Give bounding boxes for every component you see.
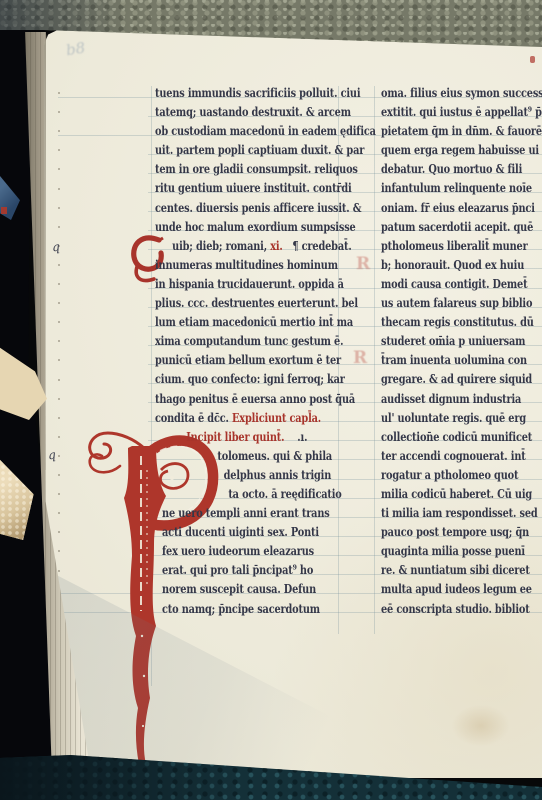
manuscript-line: uib; dieb; romani, xi. ¶ credebat̄. (155, 236, 376, 255)
ink-text: eē conscripta studio. bibliot (381, 601, 530, 616)
ink-text: collection̄e codicū munificet (381, 429, 532, 444)
ink-text: audisset dignum industria (381, 391, 521, 406)
manuscript-line: norem suscepit causa. Defun (155, 579, 376, 598)
manuscript-line: condita ē dc̄c. Expliciunt capl̄a. (155, 408, 376, 427)
rubric-text: Incipit liber quint̄. (186, 429, 284, 444)
manuscript-line: modi causa contigit. Demet̄ (381, 274, 542, 293)
manuscript-line: ter accendi cognouerat. int̄ (381, 446, 542, 465)
manuscript-line: Incipit liber quint̄. .ı. (155, 427, 376, 446)
pricking-dot (58, 512, 60, 514)
text-column-left: tuens immundis sacrificiis polluit. ciui… (155, 83, 376, 618)
ink-text: studeret om̄ia p uniuersam (381, 333, 525, 348)
ink-text: re. & nuntiatum sibi diceret (381, 562, 530, 577)
text-column-right: oma. filius eius symon successoextitit. … (381, 83, 542, 618)
manuscript-line: erat. qui pro tali p̄ncipat⁹ ho (155, 560, 376, 579)
ink-text: tem in ore gladii consumpsit. reliquos (155, 161, 358, 176)
ink-text: delphus annis trigin (224, 467, 332, 482)
pricking-dot (58, 130, 60, 132)
ink-text: tatemq; uastando destruxit. & arcem (155, 104, 351, 119)
pricking-dot (58, 149, 60, 151)
ink-text: ta octo. ā reędificatio (228, 486, 341, 501)
ink-text: xima computandum tunc gestum ē. (155, 333, 343, 348)
pricking-dot (58, 188, 60, 190)
manuscript-line: quaginta milia posse puenī (381, 541, 542, 560)
ink-text: in hispania trucidauerunt. oppida ā (155, 276, 344, 291)
manuscript-line: oma. filius eius symon successo (381, 83, 542, 102)
manuscript-line: cto namq; p̄ncipe sacerdotum (155, 599, 376, 618)
ink-text: ¶ credebat̄. (283, 238, 352, 253)
manuscript-line: infantulum relinquente noīe (381, 178, 542, 197)
manuscript-line: t̄ram inuenta uolumina con (381, 350, 542, 369)
manuscript-line: innumeras multitudines hominum (155, 255, 376, 274)
pricking-dot (58, 417, 60, 419)
manuscript-line: patum sacerdotii acepit. quē (381, 217, 542, 236)
pricking-dot (58, 570, 60, 572)
manuscript-line: ne uero templi anni erant trans (155, 503, 376, 522)
manuscript-line: xima computandum tunc gestum ē. (155, 331, 376, 350)
manuscript-line: punicū etiam bellum exortum ē ter (155, 350, 376, 369)
parchment-page: b8 q q R R (44, 30, 542, 778)
ink-text: cto namq; p̄ncipe sacerdotum (162, 601, 320, 616)
ink-text: thago penitus ē euersa anno post q̄uā (155, 391, 355, 406)
manuscript-line: oniam. fr̄ eius eleazarus p̄nci (381, 198, 542, 217)
manuscript-line: ob custodiam macedonū in eadem ędifica (155, 121, 376, 140)
manuscript-line: fex uero iudeorum eleazarus (155, 541, 376, 560)
pricking-dot (58, 226, 60, 228)
ink-text: erat. qui pro tali p̄ncipat⁹ ho (162, 562, 313, 577)
ink-text: modi causa contigit. Demet̄ (381, 276, 527, 291)
manuscript-line: pietatem q̄m in dn̄m. & fauorē (381, 121, 542, 140)
ink-text: pauco post tempore usq; q̄n (381, 524, 529, 539)
ink-text: cium. quo confecto: igni ferroq; kar (155, 371, 345, 386)
quire-mark-upper: q (51, 240, 60, 255)
manuscript-line: in hispania trucidauerunt. oppida ā (155, 274, 376, 293)
pricking-dot (58, 359, 60, 361)
ink-text: tolomeus. qui & phila (217, 448, 332, 463)
pricking-dot (58, 321, 60, 323)
pricking-dot (58, 340, 60, 342)
ink-text: ul' uoluntate regis. quē erg (381, 410, 526, 425)
pricking-dot (58, 379, 60, 381)
pricking-dot (58, 531, 60, 533)
manuscript-line: debatur. Quo mortuo & fili (381, 159, 542, 178)
ink-text: ter accendi cognouerat. int̄ (381, 448, 526, 463)
ink-text: ritu gentium uiuere instituit. contr̄di (155, 180, 352, 195)
ink-text: acti ducenti uiginti sex. Ponti (162, 524, 319, 539)
ink-text: rogatur a ptholomeo quot (381, 467, 518, 482)
ink-text: innumeras multitudines hominum (155, 257, 338, 272)
ink-text: norem suscepit causa. Defun (162, 581, 316, 596)
pricking-dot (58, 436, 60, 438)
pricking-dot (58, 493, 60, 495)
ink-text: uib; dieb; romani, (172, 238, 270, 253)
ink-text: multa apud iudeos legum ee (381, 581, 532, 596)
pricking-dot (58, 550, 60, 552)
ink-text: milia codicū haberet. Cū uig (381, 486, 532, 501)
pricking-dot (58, 207, 60, 209)
manuscript-line: lum etiam macedonicū mertio int̄ ma (155, 312, 376, 331)
manuscript-line: thago penitus ē euersa anno post q̄uā (155, 389, 376, 408)
manuscript-line: uit. partem popli captiuam duxit. & par (155, 140, 376, 159)
ink-text: uit. partem popli captiuam duxit. & par (155, 142, 364, 157)
pricking-dot (58, 92, 60, 94)
manuscript-line: centes. diuersis penis afficere iussit. … (155, 198, 376, 217)
pricking-dot (58, 111, 60, 113)
ink-text: lum etiam macedonicū mertio int̄ ma (155, 314, 353, 329)
ink-text: extitit. qui iustus ē appellat⁹ p̄p (381, 104, 542, 119)
pricking-dot (58, 283, 60, 285)
manuscript-line: cium. quo confecto: igni ferroq; kar (155, 369, 376, 388)
ink-text: unde hoc malum exordium sumpsisse (155, 219, 356, 234)
ink-text: .ı. (284, 429, 307, 444)
pricking-dot (58, 302, 60, 304)
faint-folio-inscription: b8 (65, 39, 87, 60)
ink-text: centes. diuersis penis afficere iussit. … (155, 200, 361, 215)
manuscript-line: ritu gentium uiuere instituit. contr̄di (155, 178, 376, 197)
manuscript-line: delphus annis trigin (155, 465, 376, 484)
rubric-text: Expliciunt capl̄a. (232, 410, 321, 425)
manuscript-line: unde hoc malum exordium sumpsisse (155, 217, 376, 236)
ink-text: thecam regis constitutus. dū (381, 314, 534, 329)
manuscript-line: tolomeus. qui & phila (155, 446, 376, 465)
ink-text: ne uero templi anni erant trans (162, 505, 330, 520)
rubric-text: xi. (270, 238, 282, 253)
ink-text: ob custodiam macedonū in eadem ędifica (155, 123, 376, 138)
ink-text: infantulum relinquente noīe (381, 180, 532, 195)
pricking-dot (58, 168, 60, 170)
manuscript-line: quem erga regem habuisse ui (381, 140, 542, 159)
manuscript-line: ptholomeus liberalit̄ muner (381, 236, 542, 255)
manuscript-line: ti milia iam respondisset. sed (381, 503, 542, 522)
manuscript-line: us autem falareus sup biblio (381, 293, 542, 312)
ink-text: tuens immundis sacrificiis polluit. ciui (155, 85, 360, 100)
manuscript-line: b; honorauit. Quod ex huiu (381, 255, 542, 274)
ink-text: quaginta milia posse puenī (381, 543, 525, 558)
ink-text: quem erga regem habuisse ui (381, 142, 539, 157)
pricking-dot (58, 455, 60, 457)
manuscript-line: plius. ccc. destruentes euerterunt. bel (155, 293, 376, 312)
manuscript-line: ul' uoluntate regis. quē erg (381, 408, 542, 427)
manuscript-line: ta octo. ā reędificatio (155, 484, 376, 503)
ink-text: oma. filius eius symon successo (381, 85, 542, 100)
pricking-dot (58, 264, 60, 266)
manuscript-line: multa apud iudeos legum ee (381, 579, 542, 598)
ink-text: condita ē dc̄c. (155, 410, 232, 425)
ink-text: patum sacerdotii acepit. quē (381, 219, 533, 234)
manuscript-line: extitit. qui iustus ē appellat⁹ p̄p (381, 102, 542, 121)
manuscript-line: gregare. & ad quirere siquid (381, 369, 542, 388)
manuscript-line: thecam regis constitutus. dū (381, 312, 542, 331)
manuscript-line: audisset dignum industria (381, 389, 542, 408)
ink-text: ti milia iam respondisset. sed (381, 505, 538, 520)
manuscript-line: pauco post tempore usq; q̄n (381, 522, 542, 541)
pricking-dot (58, 474, 60, 476)
quire-mark-lower: q (47, 448, 56, 463)
manuscript-line: eē conscripta studio. bibliot (381, 599, 542, 618)
ink-text: us autem falareus sup biblio (381, 295, 532, 310)
manuscript-line: tuens immundis sacrificiis polluit. ciui (155, 83, 376, 102)
manuscript-line: collection̄e codicū munificet (381, 427, 542, 446)
manuscript-line: tem in ore gladii consumpsit. reliquos (155, 159, 376, 178)
ink-text: pietatem q̄m in dn̄m. & fauorē (381, 123, 542, 138)
manuscript-line: tatemq; uastando destruxit. & arcem (155, 102, 376, 121)
ink-text: plius. ccc. destruentes euerterunt. bel (155, 295, 358, 310)
ink-text: debatur. Quo mortuo & fili (381, 161, 522, 176)
ink-text: gregare. & ad quirere siquid (381, 371, 532, 386)
manuscript-line: milia codicū haberet. Cū uig (381, 484, 542, 503)
manuscript-line: studeret om̄ia p uniuersam (381, 331, 542, 350)
ink-text: oniam. fr̄ eius eleazarus p̄nci (381, 200, 535, 215)
manuscript-line: acti ducenti uiginti sex. Ponti (155, 522, 376, 541)
manuscript-line: rogatur a ptholomeo quot (381, 465, 542, 484)
ink-text: t̄ram inuenta uolumina con (381, 352, 527, 367)
red-ink-speck (530, 56, 535, 63)
pricking-dot (58, 398, 60, 400)
ink-text: b; honorauit. Quod ex huiu (381, 257, 524, 272)
manuscript-photo: b8 q q R R (0, 0, 542, 800)
ink-text: ptholomeus liberalit̄ muner (381, 238, 528, 253)
ink-text: punicū etiam bellum exortum ē ter (155, 352, 341, 367)
ink-text: fex uero iudeorum eleazarus (162, 543, 314, 558)
manuscript-line: re. & nuntiatum sibi diceret (381, 560, 542, 579)
